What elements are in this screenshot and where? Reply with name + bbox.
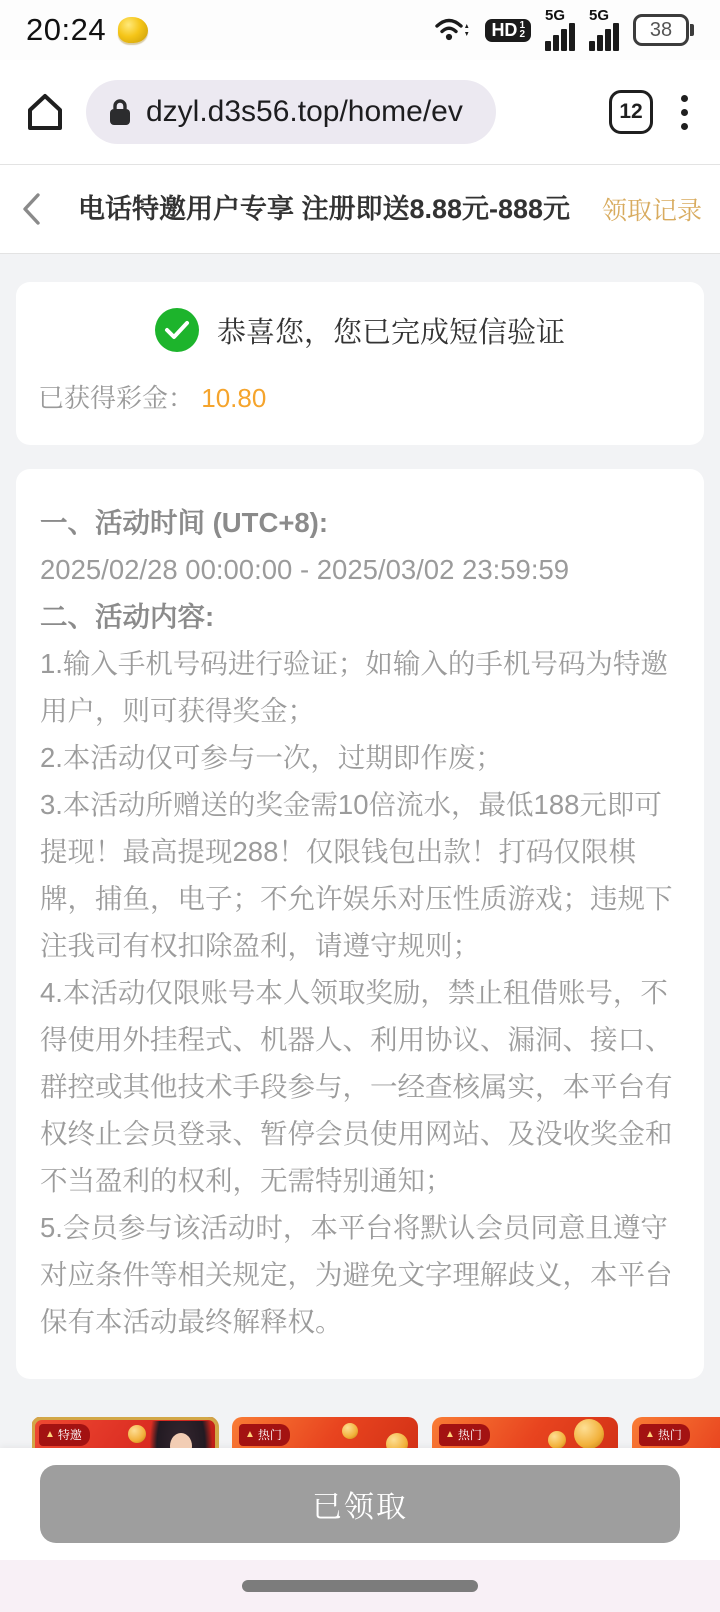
rules-item: 3.本活动所赠送的奖金需10倍流水，最低188元即可提现！最高提现288！仅限钱… [40,781,680,969]
lock-icon [108,97,132,127]
rules-item: 5.会员参与该活动时，本平台将默认会员同意且遵守对应条件等相关规定，为避免文字理… [40,1204,680,1345]
home-icon[interactable] [22,89,68,135]
page-content: 恭喜您，您已完成短信验证 已获得彩金： 10.80 一、活动时间 (UTC+8)… [0,254,720,1448]
bottom-action-bar: 已领取 [0,1448,720,1560]
home-indicator[interactable] [242,1580,478,1592]
page-header: 电话特邀用户专享 注册即送8.88元-888元 领取记录 [0,165,720,253]
bonus-value: 10.80 [201,383,266,413]
claim-history-link[interactable]: 领取记录 [578,191,702,227]
gesture-bar [0,1560,720,1612]
page-title: 电话特邀用户专享 注册即送8.88元-888元 [70,191,578,228]
rules-activity-time: 2025/02/28 00:00:00 - 2025/03/02 23:59:5… [40,546,680,593]
verification-message: 恭喜您，您已完成短信验证 [217,310,565,351]
back-chevron-icon [18,189,44,229]
rules-item: 2.本活动仅可参与一次，过期即作废； [40,734,680,781]
url-text: dzyl.d3s56.top/home/ev [146,95,463,129]
bonus-label: 已获得彩金： [38,383,194,413]
flame-icon: ▲ [445,1429,455,1440]
flame-icon: ▲ [245,1429,255,1440]
rules-item: 4.本活动仅限账号本人领取奖励，禁止租借账号，不得使用外挂程式、机器人、利用协议… [40,969,680,1204]
banner-title: 特邀用户专享 [42,1447,180,1448]
flame-icon: ▲ [645,1429,655,1440]
back-button[interactable] [18,189,70,229]
hd-voice-icon: HD 12 [485,19,531,42]
wifi-icon [435,14,471,46]
banner-daily-signin[interactable]: ▲ 热门 天天签到 每日一签 每日有奖 点击查看 [232,1417,418,1448]
tab-switcher-button[interactable]: 12 [609,90,653,134]
rules-section1-title: 一、活动时间 (UTC+8): [40,499,680,546]
notification-icon [118,17,148,43]
tab-count: 12 [619,100,642,124]
address-bar[interactable]: dzyl.d3s56.top/home/ev [86,80,496,144]
crown-icon: ▲ [45,1429,55,1440]
activity-rules-card: 一、活动时间 (UTC+8): 2025/02/28 00:00:00 - 20… [16,469,704,1379]
browser-menu-button[interactable] [671,91,698,134]
rules-section2-title: 二、活动内容: [40,593,680,640]
verification-result-card: 恭喜您，您已完成短信验证 已获得彩金： 10.80 [16,282,704,445]
banner-title: 电子钱包用户 [632,1443,720,1448]
banner-phone-invite[interactable]: ▲ 特邀 特邀用户专享 注册即送8.88-888元彩金 畅玩PG娱乐 大奖嗨不停 [32,1417,218,1448]
status-bar: 20:24 HD 12 5G 5G 38 [0,0,720,60]
promo-banner-carousel[interactable]: ▲ 特邀 特邀用户专享 注册即送8.88-888元彩金 畅玩PG娱乐 大奖嗨不停 [32,1417,720,1448]
banner-badge: ▲ 特邀 [39,1424,90,1446]
battery-icon: 38 [633,14,694,46]
browser-toolbar: dzyl.d3s56.top/home/ev 12 [0,60,720,164]
signal-icon-sim2: 5G [589,9,619,51]
clock: 20:24 [26,12,106,48]
success-check-icon [155,308,199,352]
banner-title: 每周打码返利 [432,1443,547,1448]
banner-weekly-rebate[interactable]: ▲ 热门 每周打码返利 高达38888元 点击查看 [432,1417,618,1448]
banner-ewallet-rebate[interactable]: ▲ 热门 电子钱包用户 每月返现最高8888 点击查看 [632,1417,720,1448]
banner-title: 天天签到 [232,1443,347,1448]
claimed-button[interactable]: 已领取 [40,1465,680,1543]
rules-item: 1.输入手机号码进行验证；如输入的手机号码为特邀用户，则可获得奖金； [40,640,680,734]
battery-percent: 38 [650,19,672,42]
signal-icon-sim1: 5G [545,9,575,51]
